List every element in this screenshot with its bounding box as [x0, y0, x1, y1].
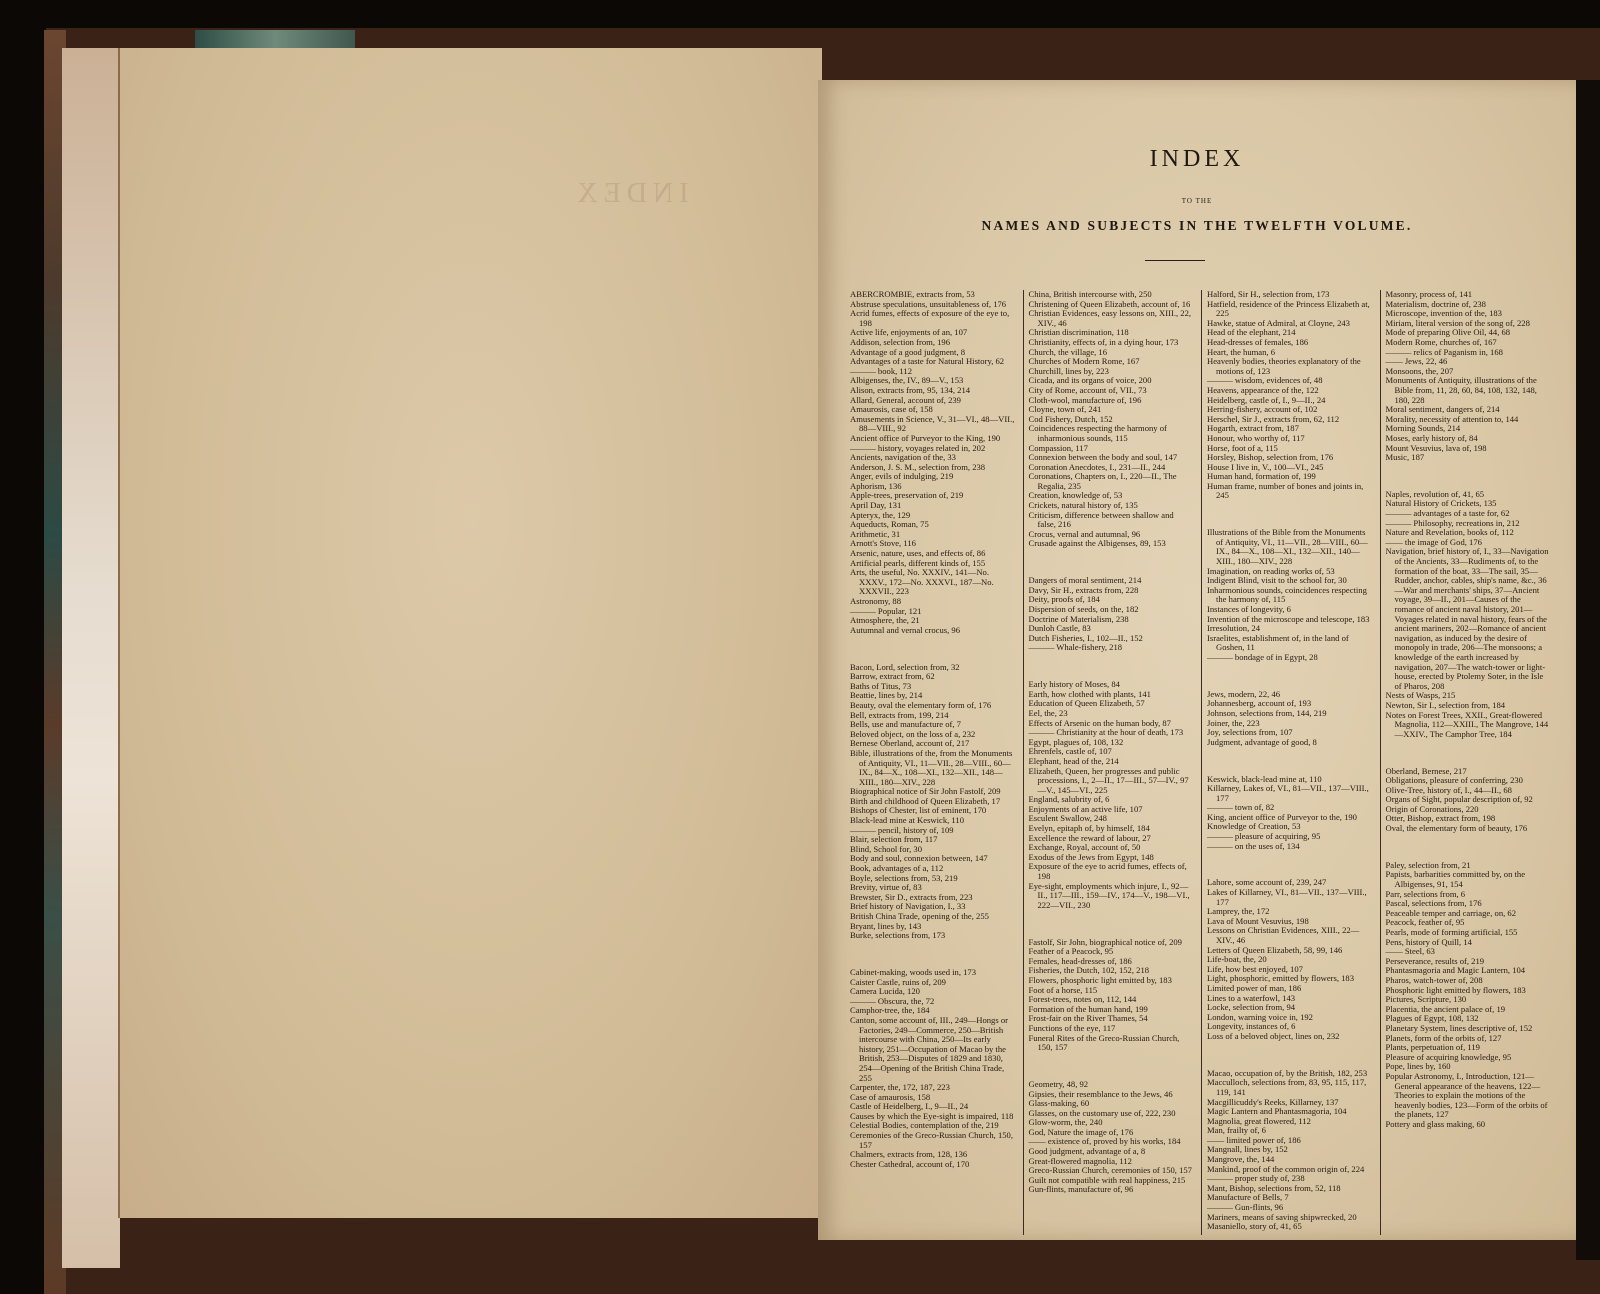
- index-entry: Macculloch, selections from, 83, 95, 115…: [1207, 1078, 1373, 1097]
- right-page-index: INDEX TO THE NAMES AND SUBJECTS IN THE T…: [818, 80, 1576, 1240]
- index-entry: Navigation, brief history of, I., 33—Nav…: [1386, 547, 1552, 691]
- section-gap: [1207, 671, 1373, 681]
- section-gap: [1029, 662, 1195, 672]
- flyleaf: [62, 48, 120, 1268]
- index-column-2: China, British intercourse with, 250Chri…: [1023, 290, 1200, 1235]
- left-page-blank: INDEX: [118, 48, 822, 1218]
- index-entry: ——— bondage of in Egypt, 28: [1207, 653, 1373, 663]
- section-gap: [1386, 748, 1552, 758]
- index-entry: Burke, selections from, 173: [850, 931, 1016, 941]
- index-entry: Arts, the useful, No. XXXIV., 141—No. XX…: [850, 568, 1016, 597]
- section-gap: [1029, 1061, 1195, 1071]
- index-entry: Lessons on Christian Evidences, XIII., 2…: [1207, 926, 1373, 945]
- index-entry: Illustrations of the Bible from the Monu…: [1207, 528, 1373, 566]
- page-edge-shadow: [1576, 80, 1600, 1260]
- index-entry: Masaniello, story of, 41, 65: [1207, 1222, 1373, 1232]
- index-column-4: Masonry, process of, 141Materialism, doc…: [1380, 290, 1557, 1235]
- index-entry: Killarney, Lakes of, VI., 81—VII., 137—V…: [1207, 784, 1373, 803]
- section-gap: [1029, 919, 1195, 929]
- index-entry: Loss of a beloved object, lines on, 232: [1207, 1032, 1373, 1042]
- section-gap: [1207, 1050, 1373, 1060]
- index-entry: Judgment, advantage of good, 8: [1207, 738, 1373, 748]
- index-entry: Amusements in Science, V., 31—VI., 48—VI…: [850, 415, 1016, 434]
- index-entry: ——— Whale-fishery, 218: [1029, 643, 1195, 653]
- index-entry: Chester Cathedral, account of, 170: [850, 1160, 1016, 1170]
- index-entry: Inharmonious sounds, coincidences respec…: [1207, 586, 1373, 605]
- section-gap: [850, 949, 1016, 959]
- index-entry: Notes on Forest Trees, XXII., Great-flow…: [1386, 711, 1552, 740]
- index-entry: Elizabeth, Queen, her progresses and pub…: [1029, 767, 1195, 796]
- index-entry: Christian Evidences, easy lessons on, XI…: [1029, 309, 1195, 328]
- section-gap: [1207, 860, 1373, 870]
- index-columns: ABERCROMBIE, extracts from, 53Abstruse s…: [850, 290, 1556, 1235]
- marbled-board-top: [195, 30, 355, 50]
- section-gap: [1386, 471, 1552, 481]
- page-subtitle: NAMES AND SUBJECTS IN THE TWELFTH VOLUME…: [818, 218, 1576, 234]
- index-entry: Autumnal and vernal crocus, 96: [850, 626, 1016, 636]
- index-entry: Ceremonies of the Greco-Russian Church, …: [850, 1131, 1016, 1150]
- index-column-1: ABERCROMBIE, extracts from, 53Abstruse s…: [850, 290, 1021, 1235]
- index-entry: Acrid fumes, effects of exposure of the …: [850, 309, 1016, 328]
- index-entry: Funeral Rites of the Greco-Russian Churc…: [1029, 1034, 1195, 1053]
- index-entry: ——— on the uses of, 134: [1207, 842, 1373, 852]
- index-entry: Hatfield, residence of the Princess Eliz…: [1207, 300, 1373, 319]
- index-entry: Coincidences respecting the harmony of i…: [1029, 424, 1195, 443]
- index-entry: Papists, barbarities committed by, on th…: [1386, 870, 1552, 889]
- index-entry: Popular Astronomy, I., Introduction, 121…: [1386, 1072, 1552, 1120]
- page-title: INDEX: [818, 146, 1576, 173]
- section-gap: [850, 644, 1016, 654]
- section-gap: [1386, 842, 1552, 852]
- index-entry: Criticism, difference between shallow an…: [1029, 511, 1195, 530]
- index-entry: Coronations, Chapters on, I., 220—II., T…: [1029, 472, 1195, 491]
- index-entry: Heavenly bodies, theories explanatory of…: [1207, 357, 1373, 376]
- index-entry: Israelites, establishment of, in the lan…: [1207, 634, 1373, 653]
- title-rule: [1145, 260, 1205, 261]
- index-entry: Gun-flints, manufacture of, 96: [1029, 1185, 1195, 1195]
- index-entry: Eye-sight, employments which injure, I.,…: [1029, 882, 1195, 911]
- section-gap: [1207, 510, 1373, 520]
- index-entry: Human frame, number of bones and joints …: [1207, 482, 1373, 501]
- index-entry: Crusade against the Albigenses, 89, 153: [1029, 539, 1195, 549]
- index-entry: Pottery and glass making, 60: [1386, 1120, 1552, 1130]
- index-entry: Lakes of Killarney, VI., 81—VII., 137—VI…: [1207, 888, 1373, 907]
- index-entry: Oval, the elementary form of beauty, 176: [1386, 824, 1552, 834]
- bleed-through-text: INDEX: [480, 178, 780, 210]
- index-column-3: Halford, Sir H., selection from, 173Hatf…: [1201, 290, 1378, 1235]
- subtitle-small: TO THE: [818, 197, 1576, 205]
- index-entry: Canton, some account of, III., 249—Hongs…: [850, 1016, 1016, 1083]
- index-entry: Monuments of Antiquity, illustrations of…: [1386, 376, 1552, 405]
- section-gap: [1207, 756, 1373, 766]
- index-entry: Bible, illustrations of the, from the Mo…: [850, 749, 1016, 787]
- index-entry: Exposure of the eye to acrid fumes, effe…: [1029, 862, 1195, 881]
- index-entry: Music, 187: [1386, 453, 1552, 463]
- section-gap: [1029, 558, 1195, 568]
